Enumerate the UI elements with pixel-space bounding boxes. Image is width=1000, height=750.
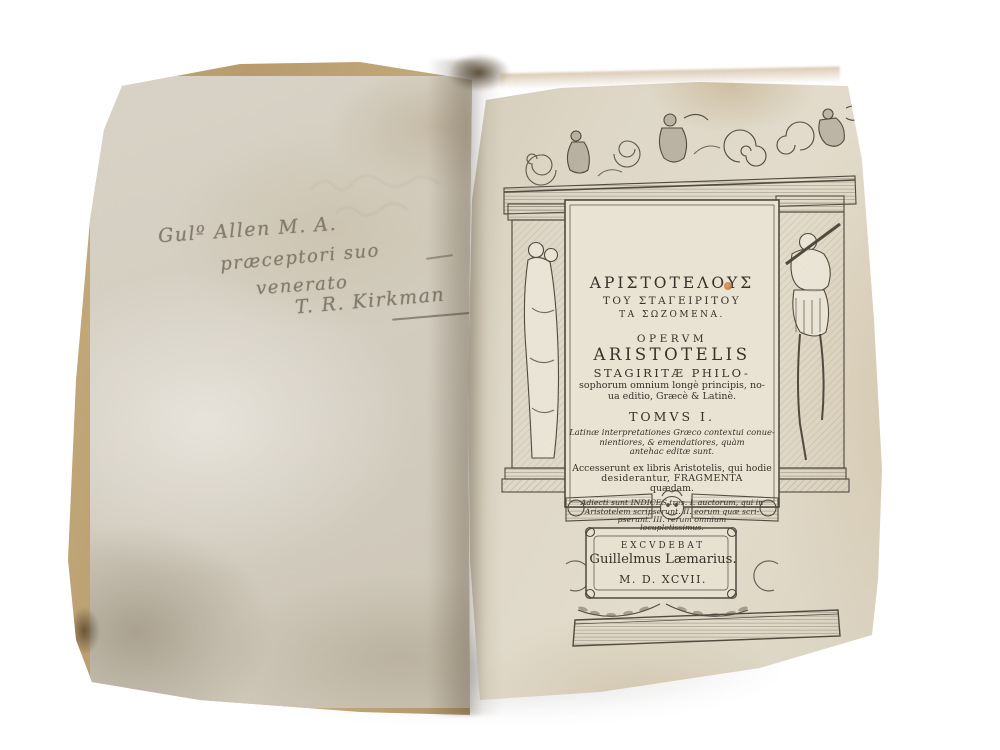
accesserunt-line-3: quædam. <box>565 483 779 494</box>
excudebat-line: EXCVDEBAT <box>588 541 738 551</box>
subtitle-caps-line: STAGIRITÆ PHILO- <box>565 366 779 380</box>
latin-note-line-1: Latinæ interpretationes Græco contextui … <box>565 427 779 437</box>
title-panel-text: ΑΡΙΣΤΟΤΕΛΟΥΣ ΤΟΥ ΣΤΑΓΕΙΡΙΤΟΥ ΤΑ ΣΩΖΟΜΕΝΑ… <box>565 258 779 518</box>
greek-title-line-2: ΤΟΥ ΣΤΑΓΕΙΡΙΤΟΥ <box>565 295 779 307</box>
author-name-line: ARISTOTELIS <box>565 345 779 364</box>
operum-line: OPERVM <box>565 333 779 345</box>
title-page: ΑΡΙΣΤΟΤΕΛΟΥΣ ΤΟΥ ΣΤΑΓΕΙΡΙΤΟΥ ΤΑ ΣΩΖΟΜΕΝΑ… <box>448 58 905 718</box>
subtitle-line-2: sophorum omnium longè principis, no- <box>565 380 779 391</box>
imprint-date-line: M. D. XCVII. <box>588 573 738 586</box>
indices-line-4: locupletissimus. <box>565 523 779 532</box>
tomus-line: TOMVS I. <box>565 409 779 424</box>
greek-title-line-3: ΤΑ ΣΩΖΟΜΕΝΑ. <box>565 310 779 320</box>
left-board-vellum-cover: Gulº Allen M. A. præceptori suo venerato… <box>62 56 478 736</box>
right-satyr-column <box>769 196 849 492</box>
laurel-plinth <box>573 604 840 646</box>
greek-title-line-1: ΑΡΙΣΤΟΤΕΛΟΥΣ <box>565 274 779 292</box>
orange-wax-stain <box>724 282 732 290</box>
vellum-turnin-corner-fold <box>88 74 168 154</box>
latin-note-line-3: antehac editæ sunt. <box>565 446 779 456</box>
subtitle-line-3: ua editio, Græcè & Latinè. <box>565 391 779 402</box>
printer-name-line: Guillelmus Læmarius. <box>588 552 738 567</box>
photograph-of-open-antique-book: Gulº Allen M. A. præceptori suo venerato… <box>0 0 1000 750</box>
latin-note-line-2: nientiores, & emendatiores, quàm <box>565 437 779 447</box>
